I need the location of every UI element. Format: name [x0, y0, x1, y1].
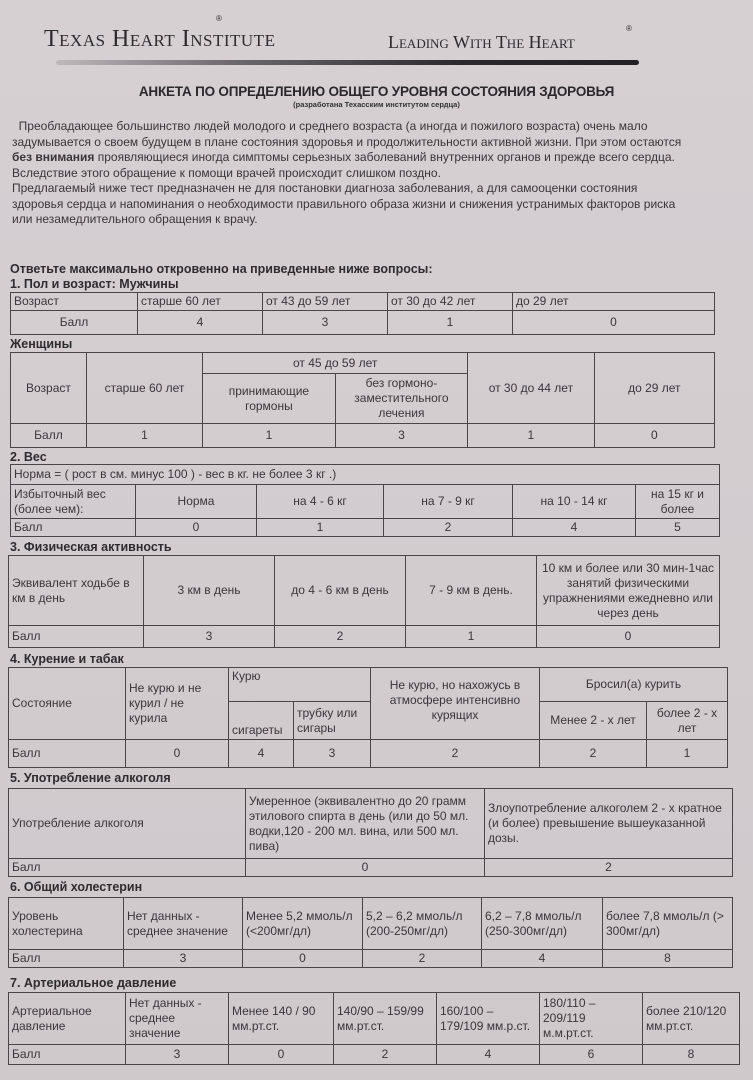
score-cell: 2 [540, 740, 647, 768]
option-cell: Умеренное (эквивалентно до 20 грамм этил… [246, 789, 485, 859]
option-cell: более 2 - х лет [647, 702, 728, 740]
option-cell: старше 60 лет [86, 353, 202, 424]
score-cell: 2 [371, 740, 540, 768]
header-rule [56, 60, 639, 65]
option-cell: Менее 2 - х лет [540, 702, 647, 740]
score-label: Балл [11, 311, 138, 335]
women-age-table: Возраст старше 60 лет от 45 до 59 лет от… [10, 352, 715, 448]
score-cell: 1 [647, 740, 728, 768]
row-label: Эквивалент ходьбе в км в день [9, 556, 144, 626]
score-cell: 2 [363, 950, 482, 968]
score-cell: 6 [540, 1045, 643, 1065]
intro-text: Преобладающее большинство людей молодого… [12, 119, 692, 228]
score-cell: 0 [513, 311, 715, 335]
option-cell: Злоупотребление алкоголем 2 - х кратное … [485, 789, 733, 859]
option-cell: на 4 - 6 кг [257, 485, 384, 519]
tagline: Leading With The Heart [388, 32, 575, 53]
score-cell: 3 [263, 311, 388, 335]
option-cell: от 30 до 44 лет [468, 353, 594, 424]
score-cell: 0 [246, 859, 485, 877]
option-cell: 140/90 – 159/99 мм.рт.ст. [334, 993, 437, 1045]
option-cell: Не курю, но нахожусь в атмосфере интенси… [371, 668, 540, 740]
score-cell: 3 [335, 424, 468, 448]
score-label: Балл [9, 626, 144, 648]
score-cell: 3 [144, 626, 275, 648]
score-cell: 1 [86, 424, 202, 448]
option-cell: до 4 - 6 км в день [275, 556, 406, 626]
group-header: Курю [229, 668, 371, 702]
section-2-title: 2. Вес [10, 450, 47, 464]
option-cell: на 7 - 9 кг [384, 485, 513, 519]
women-title: Женщины [10, 337, 72, 351]
option-cell: 180/110 – 209/119 м.м.рт.ст. [540, 993, 643, 1045]
score-cell: 4 [513, 519, 636, 537]
score-cell: 1 [257, 519, 384, 537]
option-cell: без гормоно-заместительного лечения [335, 374, 468, 424]
score-label: Балл [9, 859, 246, 877]
score-cell: 8 [643, 1045, 740, 1065]
option-cell: 160/100 – 179/109 мм.р.ст. [437, 993, 540, 1045]
score-cell: 0 [136, 519, 257, 537]
score-cell: 0 [594, 424, 714, 448]
group-header: от 45 до 59 лет [203, 353, 468, 374]
row-label: Артериальное давление [9, 993, 126, 1045]
score-cell: 3 [124, 950, 243, 968]
option-cell: на 15 кг и более [636, 485, 720, 519]
section-6-title: 6. Общий холестерин [10, 880, 142, 894]
option-cell: Норма [136, 485, 257, 519]
option-cell: от 30 до 42 лет [388, 293, 513, 311]
score-cell: 4 [138, 311, 263, 335]
row-label: Избыточный вес (более чем): [11, 485, 136, 519]
activity-table: Эквивалент ходьбе в км в день 3 км в ден… [8, 555, 720, 648]
score-cell: 2 [275, 626, 406, 648]
option-cell: сигареты [229, 702, 294, 740]
registered-mark-icon: ® [216, 14, 222, 23]
row-label: Употребление алкоголя [9, 789, 246, 859]
group-header: Бросил(а) курить [540, 668, 728, 702]
score-label: Балл [9, 950, 124, 968]
brand-name: Texas Heart Institute [44, 26, 275, 53]
score-cell: 4 [437, 1045, 540, 1065]
score-cell: 8 [603, 950, 733, 968]
score-cell: 0 [537, 626, 720, 648]
option-cell: 3 км в день [144, 556, 275, 626]
option-cell: старше 60 лет [138, 293, 263, 311]
score-label: Балл [9, 740, 126, 768]
score-cell: 1 [203, 424, 336, 448]
score-cell: 3 [294, 740, 371, 768]
score-label: Балл [11, 519, 136, 537]
section-4-title: 4. Курение и табак [10, 652, 124, 666]
option-cell: Менее 140 / 90 мм.рт.ст. [229, 993, 334, 1045]
option-cell: до 29 лет [513, 293, 715, 311]
score-cell: 3 [126, 1045, 229, 1065]
option-cell: трубку или сигары [294, 702, 371, 740]
blood-pressure-table: Артериальное давление Нет данных - средн… [8, 992, 740, 1065]
men-age-table: Возраст старше 60 лет от 43 до 59 лет от… [10, 292, 715, 335]
score-cell: 5 [636, 519, 720, 537]
option-cell: более 210/120 мм.рт.ст. [643, 993, 740, 1045]
option-cell: до 29 лет [594, 353, 714, 424]
score-cell: 2 [334, 1045, 437, 1065]
registered-mark-icon: ® [626, 24, 632, 33]
option-cell: 7 - 9 км в день. [406, 556, 537, 626]
option-cell: Не курю и не курил / не курила [126, 668, 229, 740]
option-cell: Менее 5,2 ммоль/л (<200мг/дл) [243, 898, 363, 950]
option-cell: 6,2 – 7,8 ммоль/л (250-300мг/дл) [482, 898, 603, 950]
alcohol-table: Употребление алкоголя Умеренное (эквивал… [8, 788, 733, 877]
score-cell: 1 [406, 626, 537, 648]
intro-paragraph-2: Предлагаемый ниже тест предназначен не д… [12, 181, 692, 228]
instructions: Ответьте максимально откровенно на приве… [10, 262, 433, 276]
smoking-table: Состояние Не курю и не курил / не курила… [8, 667, 728, 768]
score-cell: 1 [388, 311, 513, 335]
row-label: Возраст [11, 293, 138, 311]
score-cell: 0 [229, 1045, 334, 1065]
cholesterol-table: Уровень холестерина Нет данных - среднее… [8, 897, 733, 968]
row-label: Уровень холестерина [9, 898, 124, 950]
section-7-title: 7. Артериальное давление [10, 976, 176, 990]
option-cell: принимающие гормоны [203, 374, 336, 424]
score-cell: 1 [468, 424, 594, 448]
score-cell: 2 [485, 859, 733, 877]
row-label: Возраст [11, 353, 87, 424]
weight-table: Норма = ( рост в см. минус 100 ) - вес в… [10, 464, 720, 537]
page-title: АНКЕТА ПО ОПРЕДЕЛЕНИЮ ОБЩЕГО УРОВНЯ СОСТ… [0, 84, 753, 99]
page-subtitle: (разработана Техасским институтом сердца… [0, 100, 753, 109]
section-1-title: 1. Пол и возраст: Мужчины [10, 277, 179, 291]
option-cell: 10 км и более или 30 мин-1час занятий фи… [537, 556, 720, 626]
score-cell: 4 [482, 950, 603, 968]
norm-formula: Норма = ( рост в см. минус 100 ) - вес в… [11, 465, 720, 485]
option-cell: 5,2 – 6,2 ммоль/л (200-250мг/дл) [363, 898, 482, 950]
section-3-title: 3. Физическая активность [10, 540, 172, 554]
score-cell: 4 [229, 740, 294, 768]
option-cell: Нет данных - среднее значение [124, 898, 243, 950]
score-cell: 2 [384, 519, 513, 537]
score-label: Балл [9, 1045, 126, 1065]
row-label: Состояние [9, 668, 126, 740]
option-cell: на 10 - 14 кг [513, 485, 636, 519]
score-label: Балл [11, 424, 87, 448]
option-cell: более 7,8 ммоль/л (> 300мг/дл) [603, 898, 733, 950]
option-cell: Нет данных - среднее значение [126, 993, 229, 1045]
section-5-title: 5. Употребление алкоголя [10, 771, 171, 785]
score-cell: 0 [243, 950, 363, 968]
intro-paragraph-1: Преобладающее большинство людей молодого… [12, 119, 692, 181]
score-cell: 0 [126, 740, 229, 768]
option-cell: от 43 до 59 лет [263, 293, 388, 311]
